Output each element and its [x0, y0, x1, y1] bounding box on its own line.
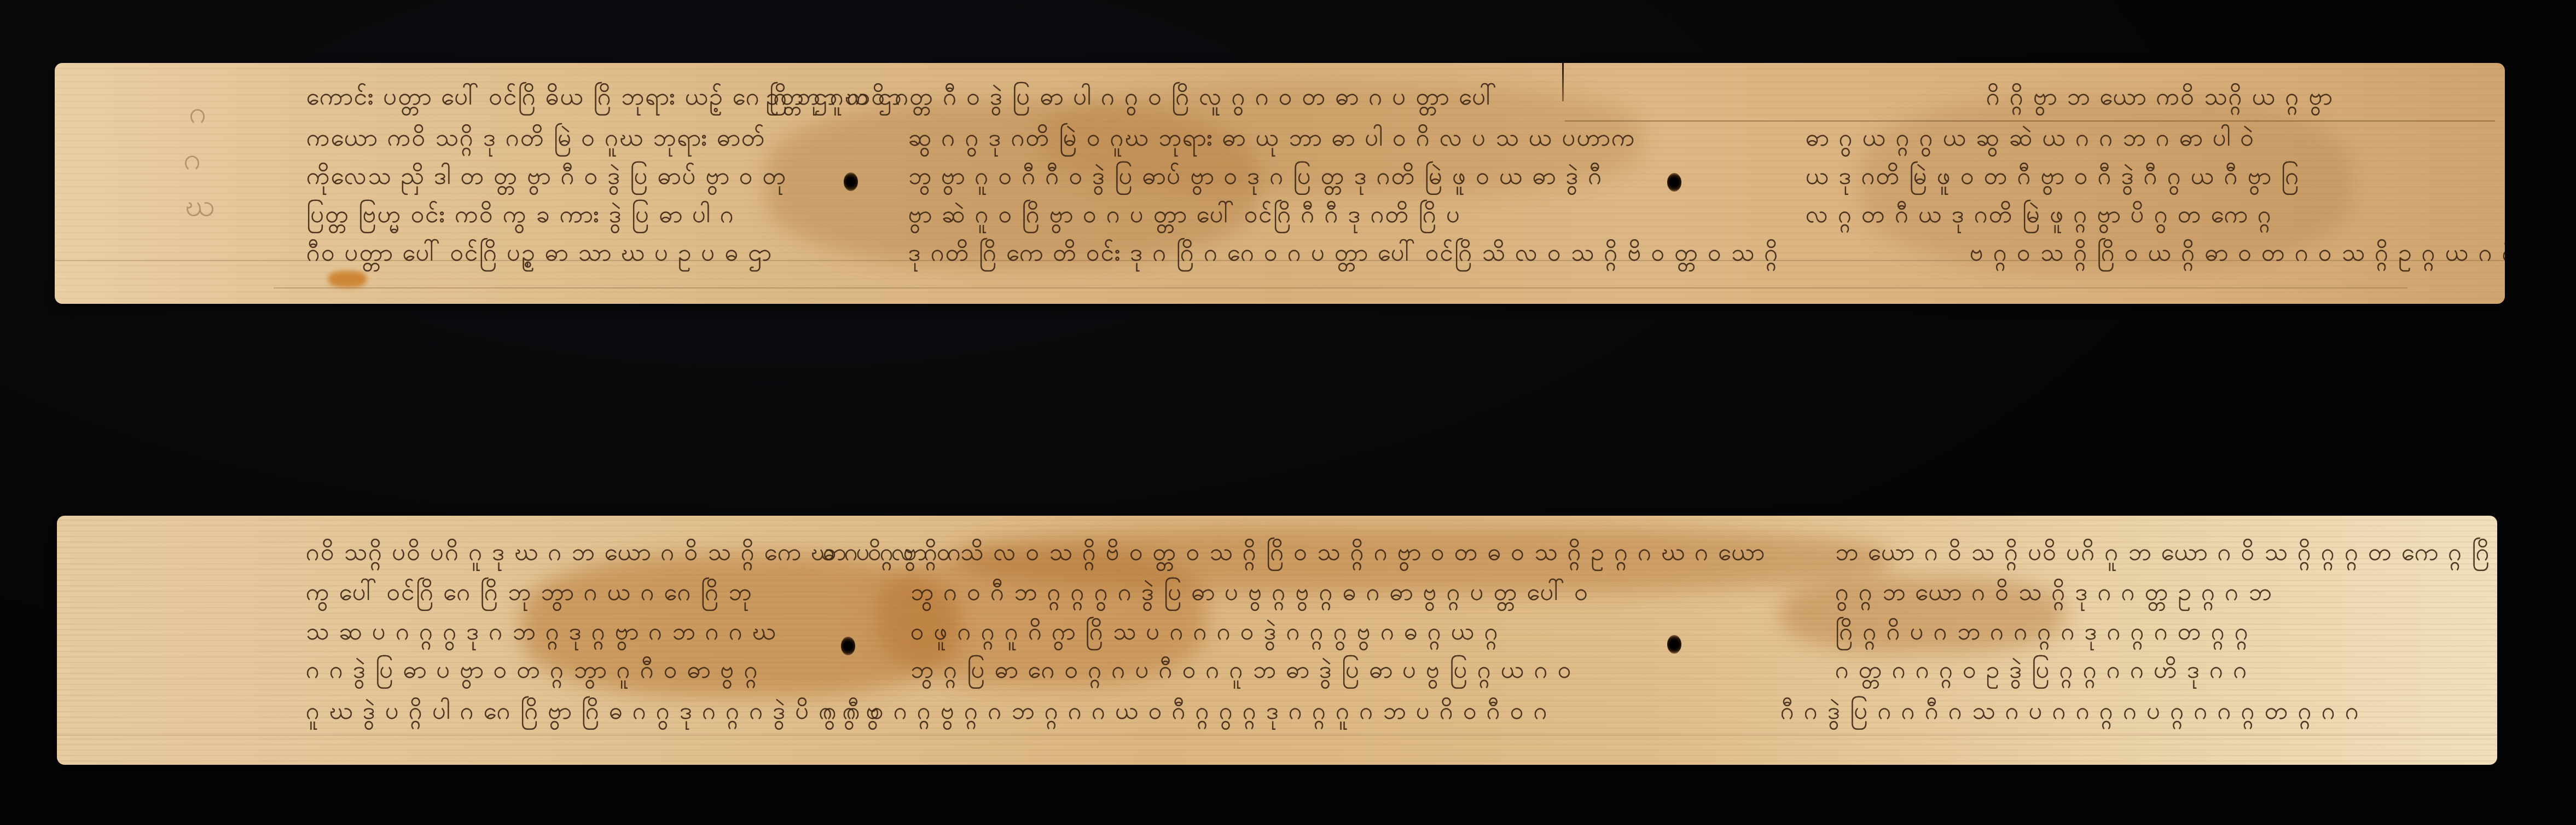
stain: [328, 271, 367, 287]
manuscript-line: ဂွ ဂ္ဂ ဘ ယော ဂ ဝိ သ ဂ္ဂိ ဒု ဂ ဂ တ္တ ဥ ဂ္…: [1835, 580, 2273, 604]
string-hole-left: [841, 637, 855, 655]
manuscript-line: ကိုလေသ ညှိ ဒါ တ တ္တ ဗွာ ဂီ ဝ ဒွဲ ပြ ဓာပ်…: [306, 164, 787, 188]
manuscript-line: ဗွာ ဆဲ ဂူ ဝ ဂြိ ဗွာ ဝ ဂ ပ တ္တာ ပေါ် ဝင်ဂ…: [908, 203, 1461, 227]
manuscript-line: ဥတ္တ ဌာ ကဝိ ဂတ္တ ဂီ ဝ ဒွဲ ပြ ဓာ ပါ ဂ ဂွ …: [766, 85, 1498, 109]
manuscript-line: လ ဂ္ဂ တ ဂီ ယ ဒု ဂတိ မြဲ ဖူ ဂ္ဂ ဗွာ ပိ ဂွ…: [1806, 203, 2272, 227]
palm-leaf-bottom: ဂဝိ သဂ္ဂိ ပဝိ ပဂိ ဂူ ဒု ဃ ဂ ဘ ယော ဂ ဝိ သ…: [57, 516, 2497, 765]
manuscript-line: ဂ တ္တ ဂ ဂ ဂ္ဂ ဝ ဥ ဒွဲ ပြ ဂ္ဂ ဂ္ဂ ဂ ဂ ဟိ …: [1835, 658, 2248, 682]
manuscript-line: ဂြိ ဂ္ဂ ဂိ ပ ဂ ဘ ဂ ဂ ဂ္ဂ ဂ ဒု ဂ ဂ္ဂ ဂ တ …: [1835, 620, 2249, 644]
manuscript-line: ဂီဝ ပတ္တာ ပေါ် ဝင်ဂြိ ပဥ္စ ဓာ သာ ဃ ပ ဥ ပ…: [306, 241, 773, 265]
manuscript-line: ဓာ ပ ဂ္ဂ ဗွာ ဝ သိ လ ဝ သ ဂ္ဂိ ဗိ ဝ တ္တ ဝ …: [823, 540, 1766, 564]
folio-mark: ဂ: [189, 93, 206, 138]
string-hole-right: [1667, 173, 1681, 192]
manuscript-line: သ ဆ ပ ဂ ဂ္ဂ ဂွ ဒု ဂ ဘ ဂ္ဂ ဒု ဂ္ဂ ဗွာ ဂ ဘ…: [306, 620, 777, 644]
manuscript-line: ဂီ ဂ ဒွဲ ပြ ဂ ဂ ဂီ ဂ သ ဂ ပ ဂ ဂ ဂ္ဂ ဂ ပ ဂ…: [1780, 699, 2360, 723]
manuscript-line: ဂ ဂ ဒွဲ ပြ ဓာ ပ ဗွာ ဝ တ ဂ္ဂ ဘွာ ဂူ ဂီ ဝ …: [306, 658, 759, 682]
manuscript-line: ဘွ ဂ္ဂ ပြ ဓာ ဂေ ဝ ဂ္ဂ ဂ ပ ဂီ ဝ ဂ ဂူ ဘ ဓာ…: [910, 658, 1573, 682]
ruling-line: [57, 735, 2497, 736]
ruling-line: [1565, 120, 2495, 122]
manuscript-line: ဒု ဂတိ ဂြိ ဂော တိ ဝင်း ဒု ဂ ဂြိ ဂ ဂေ ဝ ဂ…: [908, 241, 1779, 265]
manuscript-line: ဘွ ဂ ဝ ဂီ ဘ ဂ္ဂ ဂ္ဂ ဂွ ဂ ဒွဲ ပြ ဓာ ပ ဗွ …: [910, 580, 1589, 604]
manuscript-line: ပြတ္တ ဗြဟ္မ ဝင်း ကဝိ ကွ ခ ကား ဒွဲ ပြ ဓာ …: [306, 203, 735, 227]
manuscript-line: ဝ ဖူ ဂ ဂ္ဂ ဂူ ဂိ ဂွာ ဂြိ သ ပ ဂ ဂ ဂ ဝ ဒွဲ…: [910, 620, 1499, 644]
manuscript-line: ဆွ ဂ ဂွ ဒု ဂတိ မြဲ ဝ ဂူဃ ဘုရား ဓာ ယု ဘာ …: [908, 126, 1636, 150]
manuscript-line: ယ ဒု ဂတိ မြဲ ဖူ ဝ တ ဂီ ဗွာ ဝ ဂီ ဒွဲ ဂီ ဂ…: [1806, 164, 2300, 188]
folio-mark: ဂ: [183, 140, 201, 184]
manuscript-line: ဂူ ဃ ဒွဲ ပ ဂ္ဂိ ပါ ဂ ဂေ ဂြိ ဗွာ ဂြိ ဓ ဂ …: [306, 699, 881, 723]
folio-mark: ဃ: [185, 186, 215, 231]
manuscript-line: ကယော ကဝိ သဂ္ဂိ ဒု ဂတိ မြဲ ဝ ဂူဃ ဘုရား ဓာ…: [306, 126, 766, 150]
manuscript-line: ဂွ ဂီ ဝ ဂ ဂ္ဂ ဗွ ဂ္ဂ ဂ ဘ ဂ္ဂ ဂ ဂ ယ ဝ ဂီ …: [823, 699, 1548, 723]
string-hole-left: [844, 172, 858, 191]
manuscript-line: ဘွ ဗွာ ဂူ ဝ ဂီ ဂီ ဝ ဒွဲ ပြ ဓာပ် ဗွာ ဝ ဒု…: [908, 164, 1603, 188]
leaf-crack: [1562, 63, 1564, 101]
string-hole-right: [1667, 635, 1681, 654]
ruling-line: [274, 287, 2407, 289]
manuscript-line: ဓာ ဂွ ယ ဂ္ဂ ဂွ ယ ဆွ ဆဲ ယ ဂ ဂ ဘ ဂ ဓာ ပါ ဝ…: [1806, 126, 2255, 150]
manuscript-line: ဘ ယော ဂ ဝိ သ ဂ္ဂိ ပဝိ ပဂိ ဂူ ဘ ယော ဂ ဝိ …: [1835, 540, 2497, 564]
manuscript-line: ဂိ ဂ္ဂိ ဗွာ ဘ ယော ကဝိ သဂ္ဂိ ယ ဂ္ဂ ဗွာ: [1986, 85, 2334, 109]
manuscript-line: ဗ ဂ္ဂ ဝ သ ဂ္ဂိ ဂြိ ဝ ယ ဂ္ဂိ ဓာ ဝ တ ဂ ဝ သ…: [1970, 241, 2505, 265]
manuscript-line: ကွ ပေါ် ဝင်ဂြိ ဂေ ဂြိ ဘု ဘွာ ဂ ယ ဂ ဂေ ဂြ…: [306, 580, 753, 604]
palm-leaf-top: ဂ ဂ ဃ ကောင်း ပတ္တာ ပေါ် ဝင်ဂြိ ဓိယ ဂြိ ဘ…: [55, 63, 2505, 304]
